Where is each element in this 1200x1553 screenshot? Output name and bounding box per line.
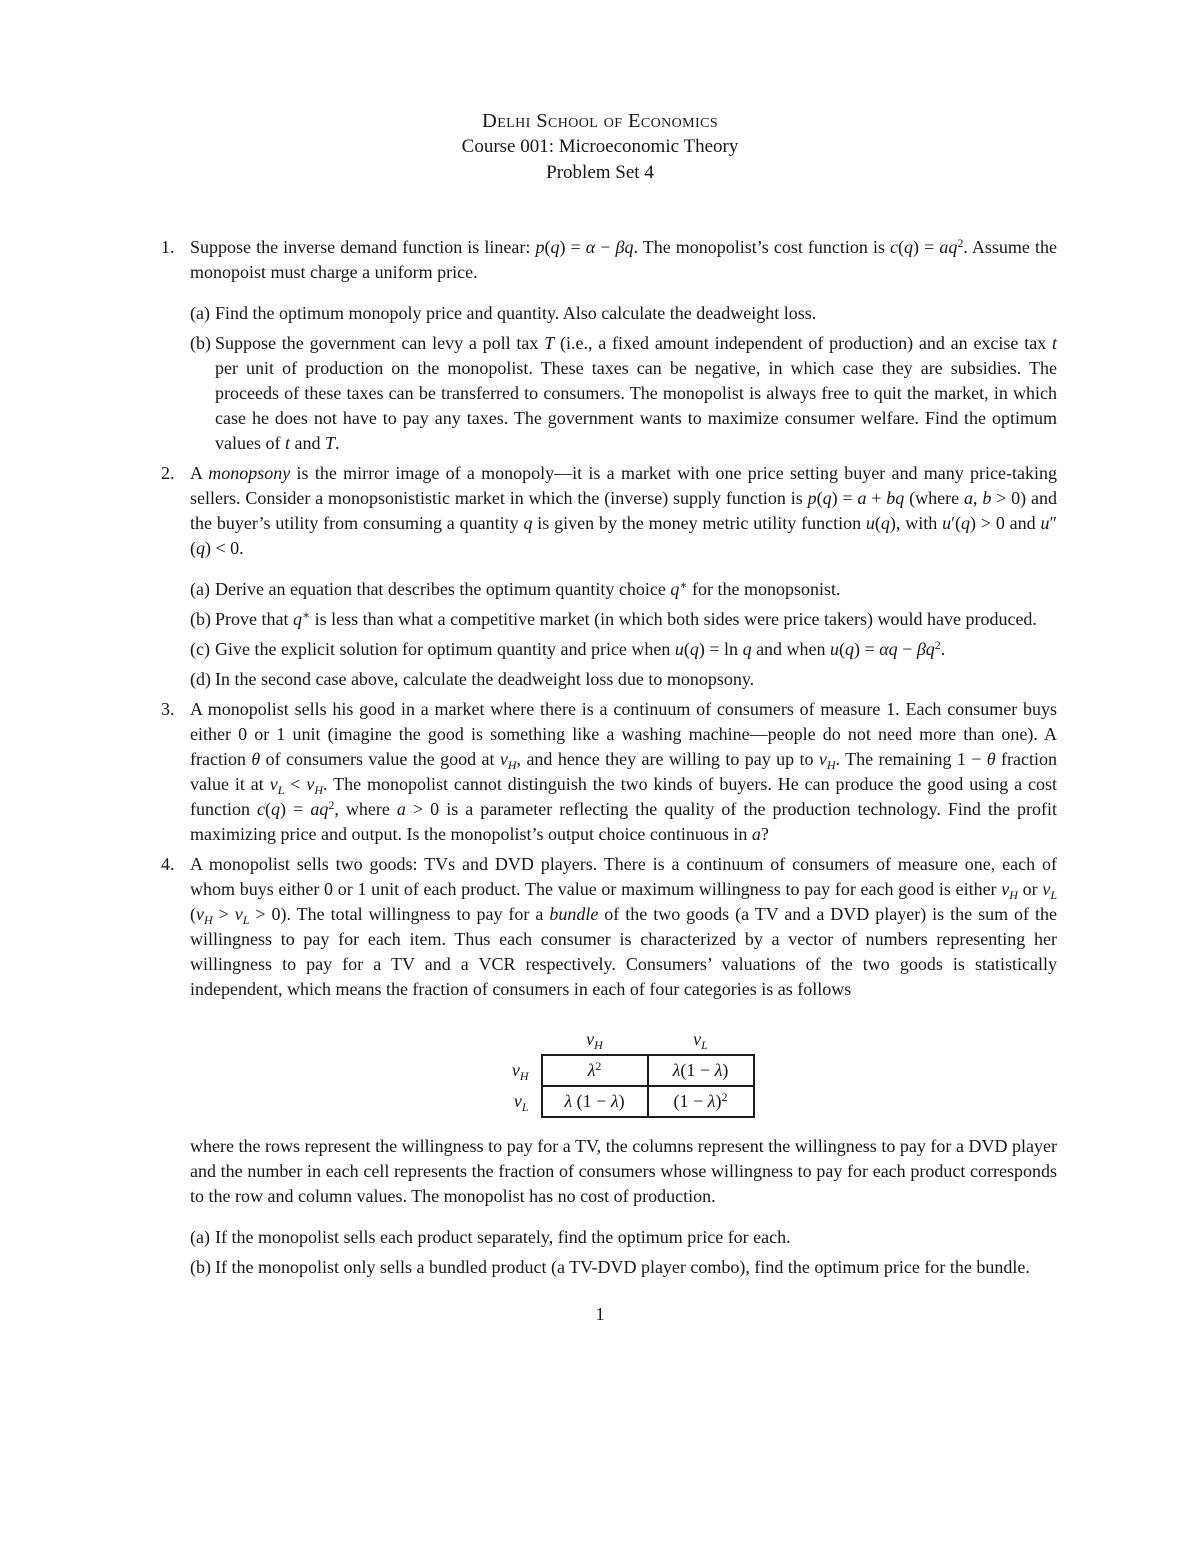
problems-list: 1. Suppose the inverse demand function i… [161, 235, 1057, 1280]
problem-1: 1. Suppose the inverse demand function i… [161, 235, 1057, 456]
problem-2-part-c: (c) Give the explicit solution for optim… [190, 637, 1057, 662]
problem-1-statement: Suppose the inverse demand function is l… [190, 235, 1057, 285]
problem-2-parts: (a) Derive an equation that describes th… [190, 577, 1057, 692]
problem-4-note: where the rows represent the willingness… [190, 1134, 1057, 1209]
problem-4-part-a: (a) If the monopolist sells each product… [190, 1225, 1057, 1250]
problem-2-statement: A monopsony is the mirror image of a mon… [190, 461, 1057, 561]
problem-4-parts: (a) If the monopolist sells each product… [190, 1225, 1057, 1280]
part-label: (b) [190, 1255, 211, 1280]
problem-4-statement: A monopolist sells two goods: TVs and DV… [190, 852, 1057, 1002]
part-label: (b) [190, 607, 211, 632]
page-number: 1 [596, 1304, 605, 1324]
part-text: If the monopolist only sells a bundled p… [215, 1255, 1057, 1280]
part-text: Find the optimum monopoly price and quan… [215, 301, 1057, 326]
problem-2-part-d: (d) In the second case above, calculate … [190, 667, 1057, 692]
part-label: (d) [190, 667, 211, 692]
part-label: (b) [190, 331, 211, 356]
problem-2: 2. A monopsony is the mirror image of a … [161, 461, 1057, 692]
problem-1-parts: (a) Find the optimum monopoly price and … [190, 301, 1057, 456]
problem-2-part-b: (b) Prove that q∗ is less than what a co… [190, 607, 1057, 632]
part-text: Prove that q∗ is less than what a compet… [215, 607, 1057, 632]
problem-3-number: 3. [161, 697, 175, 722]
table-cell-lh: λ (1 − λ) [542, 1086, 648, 1117]
problem-4: 4. A monopolist sells two goods: TVs and… [161, 852, 1057, 1280]
table-col-header-vh: vH [542, 1026, 648, 1055]
table-cell-hl: λ(1 − λ) [648, 1055, 754, 1086]
valuation-table-wrapper: vH vL vH λ2 λ(1 − λ) vL λ (1 − λ) (1 − λ… [190, 1026, 1057, 1118]
table-corner-blank [493, 1026, 542, 1055]
consumer-fraction-table: vH vL vH λ2 λ(1 − λ) vL λ (1 − λ) (1 − λ… [493, 1026, 755, 1118]
problem-2-part-a: (a) Derive an equation that describes th… [190, 577, 1057, 602]
institution-name: Delhi School of Economics [0, 108, 1200, 134]
problem-3-statement: A monopolist sells his good in a market … [190, 697, 1057, 847]
part-label: (c) [190, 637, 210, 662]
problem-1-part-b: (b) Suppose the government can levy a po… [190, 331, 1057, 456]
part-text: Suppose the government can levy a poll t… [215, 331, 1057, 456]
part-label: (a) [190, 301, 210, 326]
table-row-header-vh: vH [493, 1055, 542, 1086]
document-header: Delhi School of Economics Course 001: Mi… [0, 0, 1200, 186]
part-text: If the monopolist sells each product sep… [215, 1225, 1057, 1250]
problem-2-number: 2. [161, 461, 175, 486]
part-text: Derive an equation that describes the op… [215, 577, 1057, 602]
page-footer: 1 [0, 1302, 1200, 1327]
course-title: Course 001: Microeconomic Theory [0, 134, 1200, 160]
problem-4-number: 4. [161, 852, 175, 877]
part-text: In the second case above, calculate the … [215, 667, 1057, 692]
table-cell-hh: λ2 [542, 1055, 648, 1086]
problem-set-title: Problem Set 4 [0, 160, 1200, 186]
document-page: Delhi School of Economics Course 001: Mi… [0, 0, 1200, 1553]
problem-3: 3. A monopolist sells his good in a mark… [161, 697, 1057, 847]
table-cell-ll: (1 − λ)2 [648, 1086, 754, 1117]
part-text: Give the explicit solution for optimum q… [215, 637, 1057, 662]
problem-4-part-b: (b) If the monopolist only sells a bundl… [190, 1255, 1057, 1280]
part-label: (a) [190, 577, 210, 602]
problem-1-part-a: (a) Find the optimum monopoly price and … [190, 301, 1057, 326]
problem-1-number: 1. [161, 235, 175, 260]
table-row-header-vl: vL [493, 1086, 542, 1117]
part-label: (a) [190, 1225, 210, 1250]
table-col-header-vl: vL [648, 1026, 754, 1055]
